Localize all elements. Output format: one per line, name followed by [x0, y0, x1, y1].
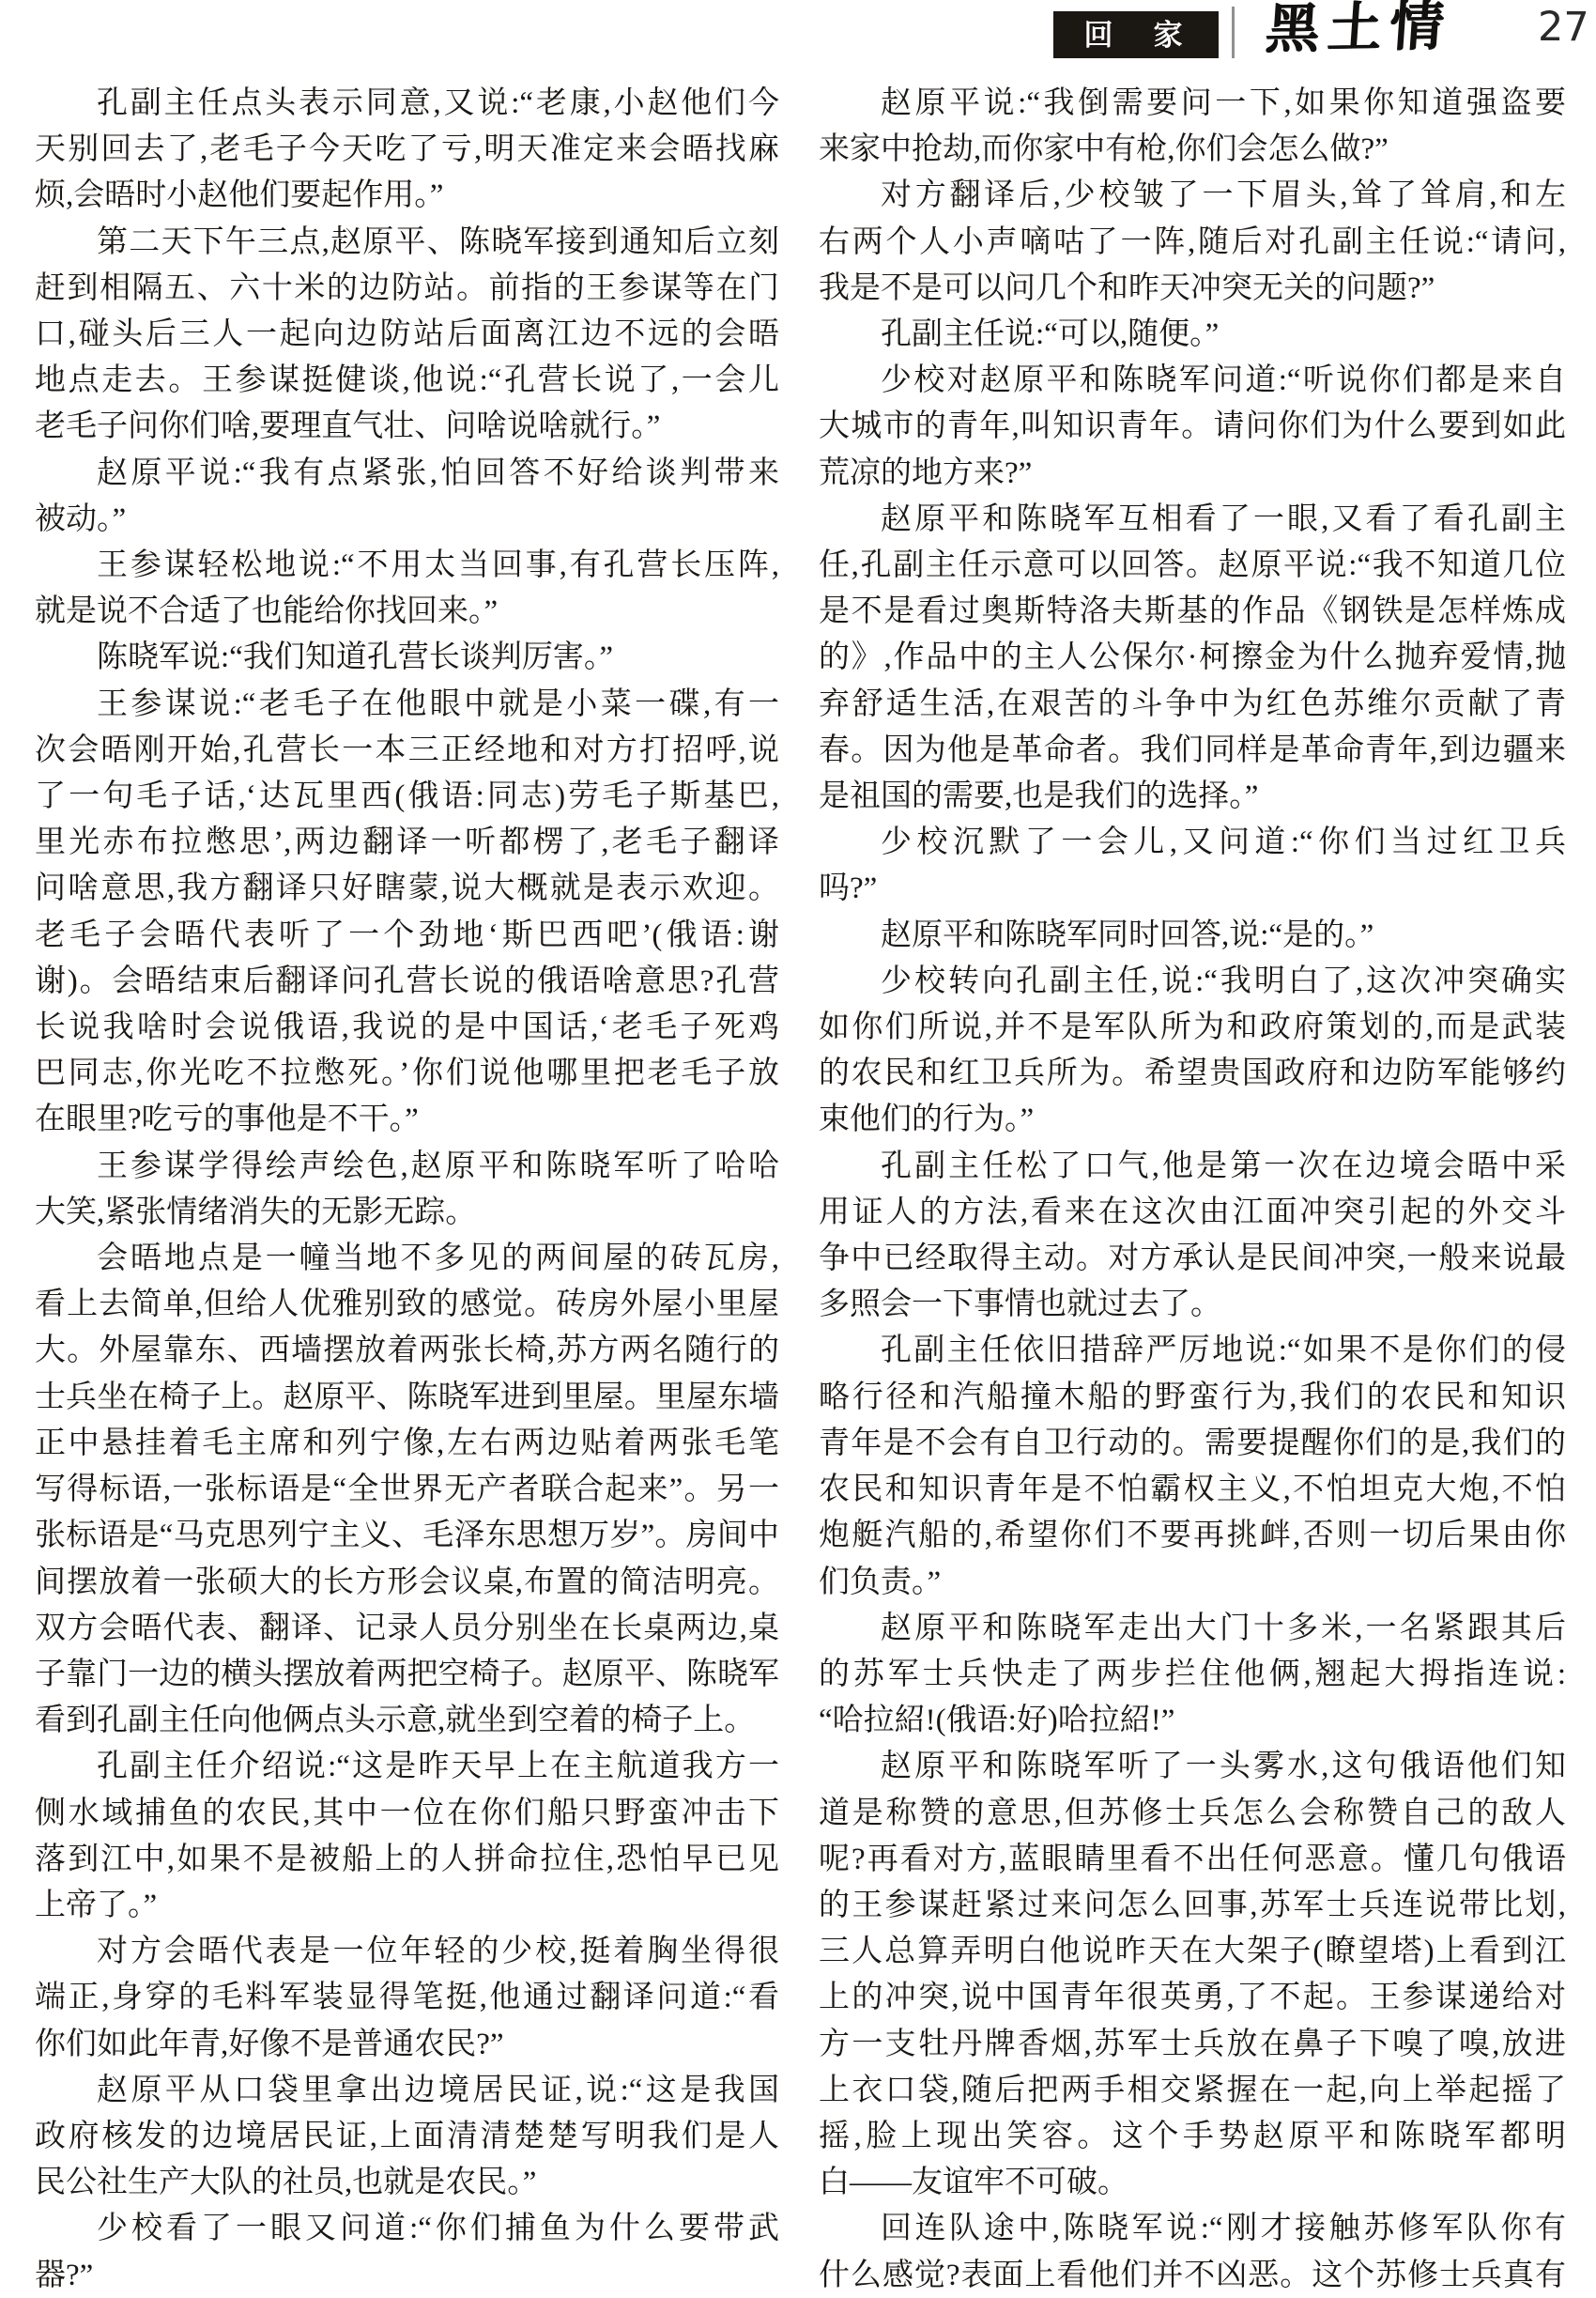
text-line: 少校转向孔副主任,说:“我明白了,这次冲突确实 — [819, 959, 1566, 1005]
text-line: 看上去简单,但给人优雅别致的感觉。砖房外屋小里屋 — [35, 1282, 779, 1328]
text-line: 间摆放着一张硕大的长方形会议桌,布置的简洁明亮。 — [35, 1560, 779, 1606]
text-line: 子靠门一边的横头摆放着两把空椅子。赵原平、陈晓军 — [35, 1652, 779, 1698]
text-line: 民公社生产大队的社员,也就是农民。” — [35, 2160, 779, 2206]
text-line: 政府核发的边境居民证,上面清清楚楚写明我们是人 — [35, 2114, 779, 2160]
text-line: 对方会晤代表是一位年轻的少校,挺着胸坐得很 — [35, 1929, 779, 1975]
text-line: 少校看了一眼又问道:“你们捕鱼为什么要带武 — [35, 2206, 779, 2252]
text-line: 赵原平和陈晓军互相看了一眼,又看了看孔副主 — [819, 497, 1566, 543]
text-line: 王参谋轻松地说:“不用太当回事,有孔营长压阵, — [35, 543, 779, 589]
header-divider — [1232, 7, 1235, 58]
text-line: 是祖国的需要,也是我们的选择。” — [819, 774, 1566, 820]
text-line: 任,孔副主任示意可以回答。赵原平说:“我不知道几位 — [819, 543, 1566, 589]
text-line: 问啥意思,我方翻译只好瞎蒙,说大概就是表示欢迎。 — [35, 866, 779, 912]
text-line: 烦,会晤时小赵他们要起作用。” — [35, 173, 779, 219]
text-line: 王参谋学得绘声绘色,赵原平和陈晓军听了哈哈 — [35, 1144, 779, 1190]
text-line: 赵原平从口袋里拿出边境居民证,说:“这是我国 — [35, 2068, 779, 2114]
text-line: 赵原平说:“我有点紧张,怕回答不好给谈判带来 — [35, 451, 779, 497]
text-line: 三人总算弄明白他说昨天在大架子(瞭望塔)上看到江 — [819, 1929, 1566, 1975]
text-line: 赵原平和陈晓军走出大门十多米,一名紧跟其后 — [819, 1606, 1566, 1652]
text-line: 看到孔副主任向他俩点头示意,就坐到空着的椅子上。 — [35, 1698, 779, 1744]
text-line: 的王参谋赶紧过来问怎么回事,苏军士兵连说带比划, — [819, 1883, 1566, 1929]
text-line: 了一句毛子话,‘达瓦里西(俄语:同志)劳毛子斯基巴, — [35, 774, 779, 820]
text-line: 王参谋说:“老毛子在他眼中就是小菜一碟,有一 — [35, 682, 779, 728]
text-line: 大笑,紧张情绪消失的无影无踪。 — [35, 1190, 779, 1236]
text-line: “哈拉紹!(俄语:好)哈拉紹!” — [819, 1698, 1566, 1744]
text-line: 是不是看过奥斯特洛夫斯基的作品《钢铁是怎样炼成 — [819, 589, 1566, 635]
text-line: 陈晓军说:“我们知道孔营长谈判厉害。” — [35, 635, 779, 681]
text-line: 束他们的行为。” — [819, 1097, 1566, 1143]
text-line: 侧水域捕鱼的农民,其中一位在你们船只野蛮冲击下 — [35, 1791, 779, 1837]
text-line: 天别回去了,老毛子今天吃了亏,明天准定来会晤找麻 — [35, 127, 779, 173]
text-line: 上衣口袋,随后把两手相交紧握在一起,向上举起摇了 — [819, 2068, 1566, 2114]
text-line: 的苏军士兵快走了两步拦住他俩,翘起大拇指连说: — [819, 1652, 1566, 1698]
text-line: 少校沉默了一会儿,又问道:“你们当过红卫兵 — [819, 820, 1566, 866]
text-line: 会晤地点是一幢当地不多见的两间屋的砖瓦房, — [35, 1236, 779, 1282]
magazine-page: 回 家 黑土情 27 孔副主任点头表示同意,又说:“老康,小赵他们今天别回去了,… — [0, 0, 1596, 2298]
text-line: 里光赤布拉憋思’,两边翻译一听都楞了,老毛子翻译 — [35, 820, 779, 866]
text-line: 孔副主任点头表示同意,又说:“老康,小赵他们今 — [35, 81, 779, 127]
text-line: 炮艇汽船的,希望你们不要再挑衅,否则一切后果由你 — [819, 1513, 1566, 1559]
text-line: 荒凉的地方来?” — [819, 451, 1566, 497]
text-line: 用证人的方法,看来在这次由江面冲突引起的外交斗 — [819, 1190, 1566, 1236]
text-line: 被动。” — [35, 497, 779, 543]
text-line: 孔副主任松了口气,他是第一次在边境会晤中采 — [819, 1144, 1566, 1190]
article-column-right: 赵原平说:“我倒需要问一下,如果你知道强盗要来家中抢劫,而你家中有枪,你们会怎么… — [819, 81, 1566, 2298]
text-line: 士兵坐在椅子上。赵原平、陈晓军进到里屋。里屋东墙 — [35, 1375, 779, 1421]
text-line: 地点走去。王参谋挺健谈,他说:“孔营长说了,一会儿 — [35, 358, 779, 404]
text-line: 巴同志,你光吃不拉憋死。’你们说他哪里把老毛子放 — [35, 1051, 779, 1097]
section-label-box: 回 家 — [1053, 11, 1219, 58]
text-line: 大城市的青年,叫知识青年。请问你们为什么要到如此 — [819, 404, 1566, 450]
text-line: 张标语是“马克思列宁主义、毛泽东思想万岁”。房间中 — [35, 1513, 779, 1559]
text-line: 们负责。” — [819, 1560, 1566, 1606]
text-line: 春。因为他是革命者。我们同样是革命青年,到边疆来 — [819, 728, 1566, 774]
text-line: 赵原平和陈晓军同时回答,说:“是的。” — [819, 913, 1566, 959]
text-line: 上的冲突,说中国青年很英勇,了不起。王参谋递给对 — [819, 1975, 1566, 2021]
text-line: 谢)。会晤结束后翻译问孔营长说的俄语啥意思?孔营 — [35, 959, 779, 1005]
text-line: 少校对赵原平和陈晓军问道:“听说你们都是来自 — [819, 358, 1566, 404]
text-line: 青年是不会有自卫行动的。需要提醒你们的是,我们的 — [819, 1421, 1566, 1467]
text-line: 上帝了。” — [35, 1883, 779, 1929]
text-line: 农民和知识青年是不怕霸权主义,不怕坦克大炮,不怕 — [819, 1467, 1566, 1513]
text-line: 大。外屋靠东、西墙摆放着两张长椅,苏方两名随行的 — [35, 1328, 779, 1374]
text-line: 摇,脸上现出笑容。这个手势赵原平和陈晓军都明 — [819, 2114, 1566, 2160]
text-line: 孔副主任说:“可以,随便。” — [819, 312, 1566, 358]
text-line: 的》,作品中的主人公保尔·柯擦金为什么抛弃爱情,抛 — [819, 635, 1566, 681]
text-line: 就是说不合适了也能给你找回来。” — [35, 589, 779, 635]
text-line: 白——友谊牢不可破。 — [819, 2160, 1566, 2206]
text-line: 赶到相隔五、六十米的边防站。前指的王参谋等在门 — [35, 266, 779, 312]
text-line: 呢?再看对方,蓝眼睛里看不出任何恶意。懂几句俄语 — [819, 1837, 1566, 1883]
text-line: 孔副主任依旧措辞严厉地说:“如果不是你们的侵 — [819, 1328, 1566, 1374]
text-line: 老毛子问你们啥,要理直气壮、问啥说啥就行。” — [35, 404, 779, 450]
text-line: 次会晤刚开始,孔营长一本三正经地和对方打招呼,说 — [35, 728, 779, 774]
text-line: 我是不是可以问几个和昨天冲突无关的问题?” — [819, 266, 1566, 312]
text-line: 吗?” — [819, 866, 1566, 912]
text-line: 如你们所说,并不是军队所为和政府策划的,而是武装 — [819, 1005, 1566, 1051]
text-line: 略行径和汽船撞木船的野蛮行为,我们的农民和知识 — [819, 1375, 1566, 1421]
text-line: 弃舒适生活,在艰苦的斗争中为红色苏维尔贡献了青 — [819, 682, 1566, 728]
text-line: 什么感觉?表面上看他们并不凶恶。这个苏修士兵真有 — [819, 2253, 1566, 2298]
text-line: 争中已经取得主动。对方承认是民间冲突,一般来说最 — [819, 1236, 1566, 1282]
text-line: 你们如此年青,好像不是普通农民?” — [35, 2022, 779, 2068]
text-line: 正中悬挂着毛主席和列宁像,左右两边贴着两张毛笔 — [35, 1421, 779, 1467]
text-line: 道是称赞的意思,但苏修士兵怎么会称赞自己的敌人 — [819, 1791, 1566, 1837]
text-line: 方一支牡丹牌香烟,苏军士兵放在鼻子下嗅了嗅,放进 — [819, 2022, 1566, 2068]
text-line: 落到江中,如果不是被船上的人拼命拉住,恐怕早已见 — [35, 1837, 779, 1883]
text-line: 器?” — [35, 2253, 779, 2298]
text-line: 写得标语,一张标语是“全世界无产者联合起来”。另一 — [35, 1467, 779, 1513]
text-line: 的农民和红卫兵所为。希望贵国政府和边防军能够约 — [819, 1051, 1566, 1097]
text-line: 对方翻译后,少校皱了一下眉头,耸了耸肩,和左 — [819, 173, 1566, 219]
page-number: 27 — [1538, 8, 1589, 48]
text-line: 老毛子会晤代表听了一个劲地‘斯巴西吧’(俄语:谢 — [35, 913, 779, 959]
text-line: 赵原平说:“我倒需要问一下,如果你知道强盗要 — [819, 81, 1566, 127]
text-line: 口,碰头后三人一起向边防站后面离江边不远的会晤 — [35, 312, 779, 358]
text-line: 多照会一下事情也就过去了。 — [819, 1282, 1566, 1328]
text-line: 在眼里?吃亏的事他是不干。” — [35, 1097, 779, 1143]
text-line: 端正,身穿的毛料军装显得笔挺,他通过翻译问道:“看 — [35, 1975, 779, 2021]
text-line: 来家中抢劫,而你家中有枪,你们会怎么做?” — [819, 127, 1566, 173]
text-line: 右两个人小声嘀咕了一阵,随后对孔副主任说:“请问, — [819, 220, 1566, 266]
text-line: 孔副主任介绍说:“这是昨天早上在主航道我方一 — [35, 1744, 779, 1790]
text-line: 回连队途中,陈晓军说:“刚才接触苏修军队你有 — [819, 2206, 1566, 2252]
section-label: 回 家 — [1084, 21, 1189, 50]
article-column-left: 孔副主任点头表示同意,又说:“老康,小赵他们今天别回去了,老毛子今天吃了亏,明天… — [35, 81, 779, 2298]
magazine-title: 黑土情 — [1264, 0, 1454, 62]
text-line: 双方会晤代表、翻译、记录人员分别坐在长桌两边,桌 — [35, 1606, 779, 1652]
text-line: 第二天下午三点,赵原平、陈晓军接到通知后立刻 — [35, 220, 779, 266]
text-line: 长说我啥时会说俄语,我说的是中国话,‘老毛子死鸡 — [35, 1005, 779, 1051]
text-line: 赵原平和陈晓军听了一头雾水,这句俄语他们知 — [819, 1744, 1566, 1790]
